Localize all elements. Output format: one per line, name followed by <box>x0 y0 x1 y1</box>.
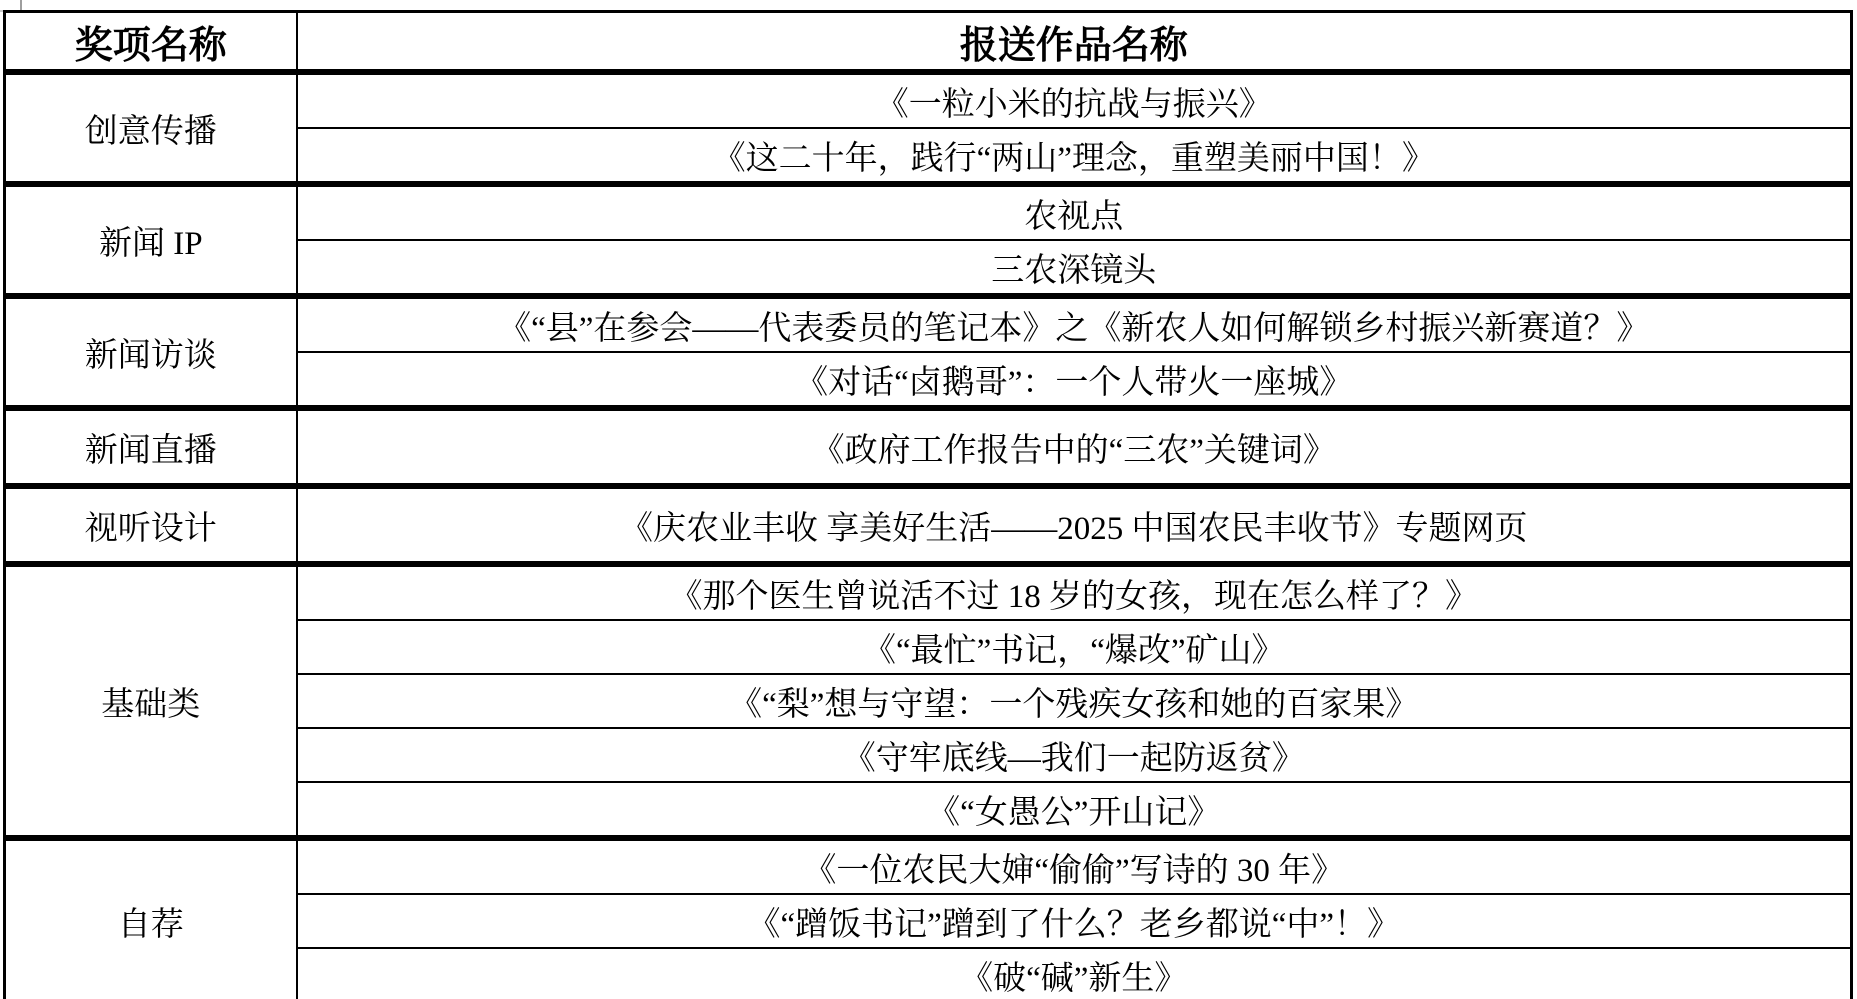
award-category-cell: 创意传播 <box>5 72 297 184</box>
submitted-work-cell: 《“最忙”书记，“爆改”矿山》 <box>297 620 1852 674</box>
award-category-cell: 视听设计 <box>5 486 297 564</box>
submitted-work-cell: 《“女愚公”开山记》 <box>297 782 1852 838</box>
column-header-submitted-work: 报送作品名称 <box>297 12 1852 73</box>
table-row: 新闻 IP农视点 <box>5 184 1852 240</box>
submitted-work-cell: 《对话“卤鹅哥”：一个人带火一座城》 <box>297 352 1852 408</box>
table-row: 自荐《一位农民大婶“偷偷”写诗的 30 年》 <box>5 838 1852 894</box>
award-category-cell: 基础类 <box>5 564 297 838</box>
table-row: 基础类《那个医生曾说活不过 18 岁的女孩，现在怎么样了？》 <box>5 564 1852 620</box>
submitted-work-cell: 《“县”在参会——代表委员的笔记本》之《新农人如何解锁乡村振兴新赛道？》 <box>297 296 1852 352</box>
submitted-work-cell: 《庆农业丰收 享美好生活——2025 中国农民丰收节》专题网页 <box>297 486 1852 564</box>
submitted-work-cell: 《一粒小米的抗战与振兴》 <box>297 72 1852 128</box>
column-header-award-category: 奖项名称 <box>5 12 297 73</box>
submitted-work-cell: 《“梨”想与守望：一个残疾女孩和她的百家果》 <box>297 674 1852 728</box>
submitted-work-cell: 《政府工作报告中的“三农”关键词》 <box>297 408 1852 486</box>
table-body: 创意传播《一粒小米的抗战与振兴》《这二十年，践行“两山”理念，重塑美丽中国！》新… <box>5 72 1852 999</box>
submitted-work-cell: 农视点 <box>297 184 1852 240</box>
award-category-cell: 新闻访谈 <box>5 296 297 408</box>
submitted-work-cell: 《守牢底线—我们一起防返贫》 <box>297 728 1852 782</box>
table-row: 新闻直播《政府工作报告中的“三农”关键词》 <box>5 408 1852 486</box>
table-row: 视听设计《庆农业丰收 享美好生活——2025 中国农民丰收节》专题网页 <box>5 486 1852 564</box>
awards-table: 奖项名称 报送作品名称 创意传播《一粒小米的抗战与振兴》《这二十年，践行“两山”… <box>3 10 1853 999</box>
submitted-work-cell: 《那个医生曾说活不过 18 岁的女孩，现在怎么样了？》 <box>297 564 1852 620</box>
award-category-cell: 新闻 IP <box>5 184 297 296</box>
submitted-work-cell: 《这二十年，践行“两山”理念，重塑美丽中国！》 <box>297 128 1852 184</box>
submitted-work-cell: 三农深镜头 <box>297 240 1852 296</box>
header-row: 奖项名称 报送作品名称 <box>5 12 1852 73</box>
award-category-cell: 自荐 <box>5 838 297 999</box>
award-category-cell: 新闻直播 <box>5 408 297 486</box>
submitted-work-cell: 《一位农民大婶“偷偷”写诗的 30 年》 <box>297 838 1852 894</box>
table-header: 奖项名称 报送作品名称 <box>5 12 1852 73</box>
submitted-work-cell: 《“蹭饭书记”蹭到了什么？老乡都说“中”！》 <box>297 894 1852 948</box>
table-row: 新闻访谈《“县”在参会——代表委员的笔记本》之《新农人如何解锁乡村振兴新赛道？》 <box>5 296 1852 352</box>
submitted-work-cell: 《破“碱”新生》 <box>297 948 1852 999</box>
document-page: 奖项名称 报送作品名称 创意传播《一粒小米的抗战与振兴》《这二十年，践行“两山”… <box>0 0 1857 999</box>
table-row: 创意传播《一粒小米的抗战与振兴》 <box>5 72 1852 128</box>
